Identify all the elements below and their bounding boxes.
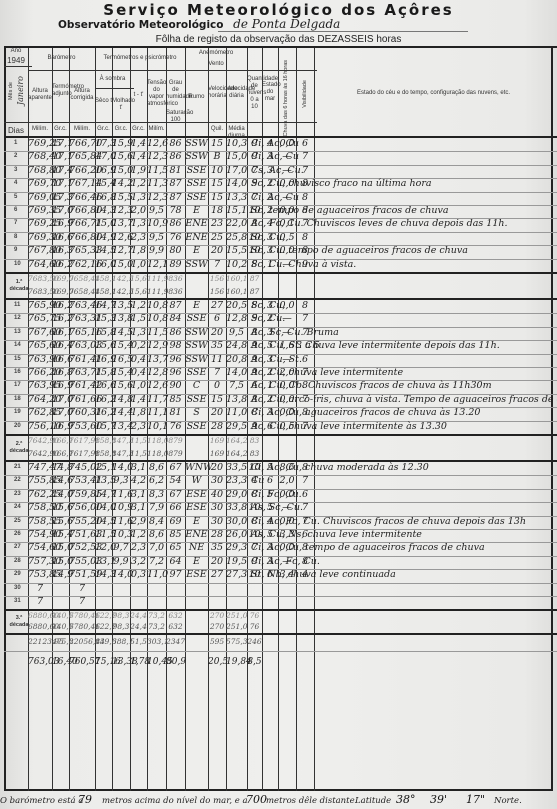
decade-molh: 98,3 [112,622,130,631]
cell-vd: 11,0 [226,407,247,418]
cell-vd: 14,0 [226,178,247,189]
cell-hum: 86 [166,218,185,229]
barometro-header: Barómetro [28,55,95,62]
cell-vd: 22,0 [226,218,247,229]
cell-seco: 15,1 [95,462,112,473]
total-vd: 575,3 [226,637,247,646]
cell-hum: 69 [166,516,185,527]
cell-tens: 9,5 [147,205,166,216]
latitude-minutes: 39' [430,793,447,806]
cell-rumo: SSE [185,421,208,432]
decade-alt-draft: 7683,50 [28,274,52,283]
cell-hum: 96 [166,367,185,378]
observatory-label: Observatório Meteorológico [58,19,223,31]
cell-corr: 761,42 [69,380,95,391]
cell-tens: 8,4 [147,516,166,527]
cell-vh: 15 [208,394,226,405]
cell-alt: 768,80 [28,165,52,176]
cell-tens: 12,9 [147,340,166,351]
cell-rumo: E [185,516,208,527]
mean-hum: 80,9 [166,657,185,667]
remarks: Ci, Ac, Cu [251,192,299,203]
cell-corr: 755,03 [69,556,95,567]
cell-seco: 15,0 [95,218,112,229]
cell-vd: 17,0 [226,165,247,176]
cell-vd: 29,5 [226,421,247,432]
observatory-name: de Ponta Delgada [233,17,340,31]
cell-vh: 20 [208,327,226,338]
cell-seco: 14,7 [95,300,112,311]
cell-vh: 7 [208,259,226,270]
day-number: 7 [14,220,17,226]
mean-vd: 19,84 [226,657,247,667]
cell-hum: 80 [166,245,185,256]
cell-rumo: C [185,380,208,391]
cell-alt: 764,20 [28,394,52,405]
mean-alt: 763,03 [28,657,52,667]
cell-vd: 7,5 [226,380,247,391]
cell-hum: 86 [166,138,185,149]
cell-alt: 754,90 [28,529,52,540]
anemometro-header: Anemómetro [185,50,247,57]
decade-dif-draft: 11,5 [130,436,147,445]
cell-seco: 14,9 [95,232,112,243]
cell-molh: 14,0 [112,462,130,473]
total-term: 475,8 [52,637,69,646]
cell-vd: 23,3 [226,475,247,486]
cell-molh: 10,9 [112,502,130,513]
cell-alt: 7 [28,596,52,607]
mean-corr: 760,57 [69,657,95,667]
unit-dif: Gr.c. [130,126,147,133]
unit-tens: Milím. [147,126,166,133]
cell-tens: 12,6 [147,380,166,391]
cell-corr: 7 [69,596,95,607]
cell-seco: 14,0 [95,502,112,513]
day-number: 8 [14,234,17,240]
cell-rumo: SSW [185,340,208,351]
cell-molh: 12,7 [112,245,130,256]
cell-rumo: SSE [185,165,208,176]
remarks: Ac, Cu, St. Chuva leve intermitente depo… [251,340,500,351]
day-number: 25 [14,518,21,524]
cell-term: 17,4 [52,165,69,176]
cell-molh: 14,8 [112,394,130,405]
cell-seco: 11,5 [95,529,112,540]
decade-tens-draft: 73,2 [147,611,166,620]
cell-molh: 12,3 [112,205,130,216]
document-sheet: Serviço Meteorológico dos Açôres Observa… [0,0,557,809]
latitude-label: Latitude [355,796,391,806]
cell-hum: 86 [166,151,185,162]
cell-molh: 15,6 [112,380,130,391]
saturacao-header: Saturação 100 [166,110,185,124]
remarks: Sc, Cu, [251,232,285,243]
cell-rumo: S [185,407,208,418]
day-number: 11 [14,302,20,308]
decade-vd-draft: 160,1 [226,274,247,283]
cell-molh: 14,0 [112,569,130,580]
decade-alt: 7642,90 [28,449,52,458]
cell-corr: 7 [69,583,95,594]
decade-vh-draft: 270 [208,611,226,620]
day-number: 22 [14,477,21,483]
cell-vd: 13,8 [226,394,247,405]
cell-corr: 760,31 [69,407,95,418]
cell-hum: 81 [166,407,185,418]
cell-hum: 65 [166,542,185,553]
cell-alt: 756,10 [28,421,52,432]
cell-alt: 769,25 [28,218,52,229]
cell-corr: 752,53 [69,542,95,553]
decade-term-draft: 166,1 [52,436,69,445]
remarks: As, Cu, Ns, chuva leve intermitente [251,529,422,540]
cell-molh: 9,3 [112,475,130,486]
cell-dif: 1,4 [130,151,147,162]
cell-corr: 766,80 [69,205,95,216]
cell-corr: 751,59 [69,569,95,580]
remarks: Ci, Ac, Fc, Cu. Chuviscos fracos de chuv… [251,516,526,527]
cell-hum: 64 [166,556,185,567]
cell-term: 17,0 [52,394,69,405]
cell-hum: 86 [166,327,185,338]
cell-hum: 81 [166,165,185,176]
cell-hum: 76 [166,232,185,243]
day-number: 9 [14,247,17,253]
cell-corr: 765,84 [69,151,95,162]
remarks: Ac, Cu, St. [251,354,302,365]
day-number: 13 [14,329,21,335]
cell-tens: 8,3 [147,489,166,500]
unit-molh: Gr.c. [112,126,130,133]
cell-vd: 26,0 [226,529,247,540]
cell-alt: 753,85 [28,569,52,580]
cell-chuva: 2,0 [278,475,296,486]
cell-corr: 765,16 [69,327,95,338]
cell-dif: 2,3 [130,542,147,553]
remarks: Ci, Ac, Cu, chuva moderada às 12.30 [251,462,429,473]
cell-term: 17,0 [52,205,69,216]
decade-hum-draft: 836 [166,274,185,283]
cell-vh: 35 [208,542,226,553]
cell-corr: 763,46 [69,300,95,311]
day-number: 14 [14,342,21,348]
cell-rumo: SSW [185,327,208,338]
decade-vh: 169 [208,449,226,458]
cell-dif: 1,0 [130,380,147,391]
day-number: 15 [14,356,21,362]
cell-vd: 20,5 [226,300,247,311]
unit-alt: Milím. [28,126,52,133]
cell-tens: 8,6 [147,529,166,540]
remarks: Ci, Ac, Fc, Cu. [251,556,320,567]
cell-vis: 8 [296,300,314,311]
total-corr: 22056,84 [69,637,95,646]
remarks: Sc, Cu. Chuva à vista. [251,259,356,270]
cell-term: 16,6 [52,232,69,243]
day-number: 31 [14,598,21,604]
decade-seco: 158,8 [95,449,112,458]
decade-tens-draft: 118,0 [147,436,166,445]
cell-tens: 7,0 [147,542,166,553]
vento-header: Vento [185,61,247,68]
cell-hum: 90 [166,380,185,391]
day-number: 30 [14,585,21,591]
total-seco: 439,6 [95,637,112,646]
cell-hum: 87 [166,192,185,203]
cell-tens: 10,9 [147,218,166,229]
decade-vh: 270 [208,622,226,631]
decade-vd-draft: 251,0 [226,611,247,620]
altura-aparente-header: Altura aparente [28,88,52,102]
cell-vis: 8 [296,232,314,243]
cell-rumo: SSE [185,367,208,378]
decade-alt: 6880,60 [28,622,52,631]
cell-term: 16,2 [52,259,69,270]
cell-vh: 20 [208,407,226,418]
cell-molh: 15,0 [112,259,130,270]
decade-tens-draft: 111,9 [147,274,166,283]
cell-rumo: ENE [185,529,208,540]
decade-vd-draft: 164,2 [226,436,247,445]
cell-seco: 13,1 [95,556,112,567]
cell-vd: 15,5 [226,245,247,256]
baro-text-3: metros dêle distante. [266,796,357,806]
ano-rule [4,66,32,67]
decade-term-draft: 169,0 [52,274,69,283]
total-dif: 51,5 [130,637,147,646]
cell-tens: 9,9 [147,245,166,256]
cell-vh: B [208,151,226,162]
decade-hum-draft: 879 [166,436,185,445]
cell-term: 16,2 [52,300,69,311]
cell-tens: 6,2 [147,475,166,486]
cell-corr: 755,20 [69,516,95,527]
decade-term-draft: 140,7 [52,611,69,620]
cell-dif: 1,8 [130,245,147,256]
decade-tens: 73,2 [147,622,166,631]
day-number: 18 [14,396,21,402]
cell-dif: 0,4 [130,367,147,378]
vel-horaria-header: Velocidade horária [208,86,226,100]
decade-molh-draft: 147,3 [112,436,130,445]
latitude-direction: Norte. [494,796,522,806]
rumo-header: Rumo [185,94,208,101]
cell-rumo: WNW [185,462,208,473]
cell-dif: 2,3 [130,232,147,243]
a-sombra-header: À sombra [95,76,130,83]
cell-tens: 11,5 [147,327,166,338]
decade-hum: 836 [166,287,185,296]
cell-vd: 10,2 [226,259,247,270]
remarks: Ci, Ac, Cu [251,138,299,149]
day-number: 10 [14,261,21,267]
cell-molh: 15,9 [112,138,130,149]
cell-molh: 9,9 [112,556,130,567]
decade-molh-draft: 98,3 [112,611,130,620]
cell-hum: 85 [166,529,185,540]
cell-alt: 769,30 [28,232,52,243]
cell-term: 17,1 [52,178,69,189]
decade-corr-draft: 7658,44 [69,274,95,283]
cell-dif: 3,2 [130,556,147,567]
cell-seco: 14,3 [95,569,112,580]
cell-vh: 10 [208,165,226,176]
cell-seco: 16,2 [95,394,112,405]
day-number: 19 [14,409,21,415]
cell-tens: 9,5 [147,232,166,243]
cell-alt: 767,80 [28,245,52,256]
cell-vh: 15 [208,192,226,203]
total-hum: 2347 [166,637,185,646]
cell-rumo: SSE [185,313,208,324]
day-number: 3 [14,167,17,173]
cell-vh: 28 [208,421,226,432]
remarks: Sc, Cu, chuvisco fraco na última hora [251,178,432,189]
decade-rule-bottom [4,633,557,635]
cell-alt: 768,40 [28,151,52,162]
ano-value: 1949 [4,56,28,65]
chuva-header: Chuva das 6 horas às 16 horas [283,60,289,136]
cell-seco: 15,6 [95,340,112,351]
latitude-degrees: 38° [396,793,416,806]
cell-vis: 7 [296,313,314,324]
cell-vd: 33,8 [226,502,247,513]
cell-corr: 766,20 [69,165,95,176]
decade-corr: 6780,46 [69,622,95,631]
cell-seco: 14,5 [95,516,112,527]
dias-label: Dias [4,126,28,135]
cell-tens: 11,3 [147,178,166,189]
decade-vh-draft: 169 [208,436,226,445]
cell-rumo: SSW [185,151,208,162]
cell-seco: 15,8 [95,327,112,338]
baro-distance: 700 [246,793,267,806]
cell-vh: 40 [208,489,226,500]
header-units-rule [4,122,317,123]
cell-vd: 12,8 [226,313,247,324]
cell-corr: 763,03 [69,340,95,351]
cell-term: 16,3 [52,245,69,256]
cell-alt: 762,25 [28,489,52,500]
sombra-rule [95,88,134,89]
cell-term: 17,3 [52,192,69,203]
total-nuv: 246 [247,637,262,646]
cell-corr: 766,80 [69,232,95,243]
cell-alt: 763,95 [28,380,52,391]
header-group-rule [28,70,317,71]
cell-vd: 9,5 [226,327,247,338]
cell-alt: 769,35 [28,205,52,216]
mean-dif: 1,78 [130,657,147,667]
cell-vh: 20 [208,556,226,567]
cell-vd: 29,3 [226,542,247,553]
cell-seco: 16,0 [95,259,112,270]
cell-molh: 13,7 [112,218,130,229]
cell-mar: 6 [262,475,278,486]
cell-term: 16,8 [52,367,69,378]
decade-corr-draft: 7617,98 [69,436,95,445]
cell-tens: 12,3 [147,151,166,162]
remarks: Ci, Ac, Cu, aguaceiros fracos de chuva à… [251,407,480,418]
cell-seco: 12,0 [95,542,112,553]
cell-term: 16,4 [52,340,69,351]
decade-nuv-draft: 87 [247,274,262,283]
cell-corr: 761,66 [69,394,95,405]
visibilidade-header: Visibilidade [302,80,308,108]
latitude-seconds: 17" [466,793,485,806]
decade-seco: 122,7 [95,622,112,631]
cell-dif: 4,2 [130,475,147,486]
cell-rumo: SSW [185,138,208,149]
unit-corr: Milím. [69,126,95,133]
header-top-rule [4,46,557,48]
cell-hum: 87 [166,300,185,311]
day-number: 6 [14,207,17,213]
decade-alt-draft: 6880,60 [28,611,52,620]
cell-vh: 20 [208,245,226,256]
estado-mar-header: Estado do mar [262,82,278,103]
humidade-header: Grau de humidade [166,80,185,101]
cell-dif: 1,9 [130,165,147,176]
decade-molh: 147,3 [112,449,130,458]
decade-nuv-draft: 76 [247,611,262,620]
cell-dif: 3,1 [130,489,147,500]
cell-corr: 753,41 [69,475,95,486]
cell-molh: 13,5 [112,300,130,311]
remarks: Sc, Cu, [251,300,285,311]
cell-term: 14,6 [52,475,69,486]
cell-vd: 29,0 [226,489,247,500]
cell-corr: 766,71 [69,218,95,229]
cell-term: 15,4 [52,529,69,540]
cell-vd: 27,3 [226,569,247,580]
mean-vh: 20,5 [208,657,226,667]
nuvens-header: Quantidade de nuvens 0 a 10 [247,76,262,111]
cell-vh: 11 [208,354,226,365]
cell-molh: 11,6 [112,516,130,527]
cell-dif: 1,0 [130,259,147,270]
decade-hum-draft: 632 [166,611,185,620]
cell-seco: 16,9 [95,165,112,176]
cell-term: 16,9 [52,380,69,391]
cell-alt: 769,05 [28,192,52,203]
unit-seco: Gr.c. [95,126,112,133]
baro-text-2: metros acima do nível do mar, e a [102,796,248,806]
decade-hum: 879 [166,449,185,458]
cell-tens: 11,0 [147,569,166,580]
remarks: Ac, Sc, Cu. Bruma [251,327,339,338]
cell-alt: 747,47 [28,462,52,473]
cell-dif: 2,9 [130,516,147,527]
decade-nuv: 87 [247,287,262,296]
cell-tens: 10,1 [147,421,166,432]
decade-alt-draft: 7642,90 [28,436,52,445]
cell-alt: 766,20 [28,367,52,378]
cell-vh: 0 [208,380,226,391]
cell-alt: 754,60 [28,542,52,553]
decade-nuv: 83 [247,449,262,458]
decade-vd: 160,1 [226,287,247,296]
cell-alt: 755,85 [28,475,52,486]
cell-vh: 15 [208,138,226,149]
cell-rumo: ESE [185,489,208,500]
cell-rumo: E [185,245,208,256]
cell-tens: 7,9 [147,502,166,513]
cell-rumo: E [185,205,208,216]
ano-label: Ano [4,48,28,55]
remarks: Ci, Ac, Cu, tempo de aguaceiros fracos d… [251,542,485,553]
